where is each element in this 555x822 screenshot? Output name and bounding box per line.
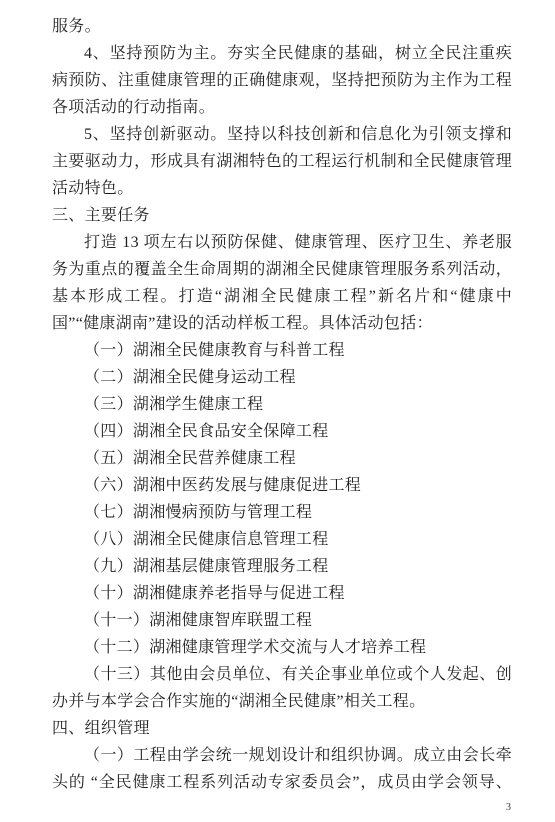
list-item-project-4: （四）湖湘全民食品安全保障工程 [52,418,512,445]
document-page: 服务。 4、坚持预防为主。夯实全民健康的基础，树立全民注重疾病预防、注重健康管理… [0,0,555,822]
paragraph-carryover: 服务。 [52,13,512,40]
paragraph-principle-5: 5、坚持创新驱动。坚持以科技创新和信息化为引领支撑和主要驱动力，形成具有湖湘特色… [52,121,512,202]
section-heading-main-tasks: 三、主要任务 [52,202,512,229]
page-number: 3 [506,802,511,814]
list-item-project-2: （二）湖湘全民健身运动工程 [52,364,512,391]
list-item-project-11: （十一）湖湘健康智库联盟工程 [52,607,512,634]
list-item-project-6: （六）湖湘中医药发展与健康促进工程 [52,472,512,499]
paragraph-tasks-intro: 打造 13 项左右以预防保健、健康管理、医疗卫生、养老服务为重点的覆盖全生命周期… [52,229,512,337]
list-item-project-5: （五）湖湘全民营养健康工程 [52,445,512,472]
paragraph-organization-1: （一）工程由学会统一规划设计和组织协调。成立由会长牵头的 “全民健康工程系列活动… [52,742,512,796]
list-item-project-1: （一）湖湘全民健康教育与科普工程 [52,337,512,364]
list-item-project-10: （十）湖湘健康养老指导与促进工程 [52,580,512,607]
list-item-project-12: （十二）湖湘健康管理学术交流与人才培养工程 [52,634,512,661]
list-item-project-7: （七）湖湘慢病预防与管理工程 [52,499,512,526]
section-heading-organization: 四、组织管理 [52,715,512,742]
list-item-project-9: （九）湖湘基层健康管理服务工程 [52,553,512,580]
document-body: 服务。 4、坚持预防为主。夯实全民健康的基础，树立全民注重疾病预防、注重健康管理… [52,13,512,796]
list-item-project-8: （八）湖湘全民健康信息管理工程 [52,526,512,553]
list-item-project-3: （三）湖湘学生健康工程 [52,391,512,418]
list-item-project-13: （十三）其他由会员单位、有关企事业单位或个人发起、创办并与本学会合作实施的“湖湘… [52,661,512,715]
paragraph-principle-4: 4、坚持预防为主。夯实全民健康的基础，树立全民注重疾病预防、注重健康管理的正确健… [52,40,512,121]
